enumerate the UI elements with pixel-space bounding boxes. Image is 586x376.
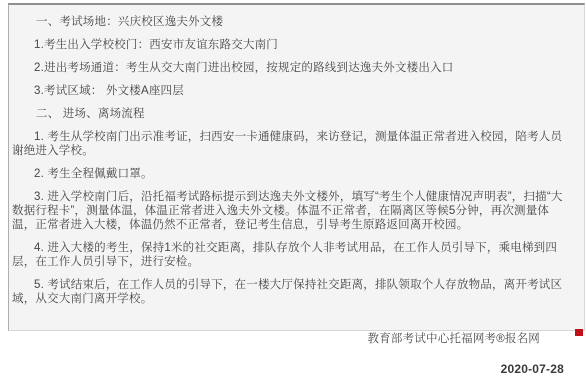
section2-item-3: 3. 进入学校南门后，沿托福考试路标提示到达逸夫外文楼外，填写“考生个人健康情况…: [12, 190, 572, 232]
section1-item-2: 2.进出考场通道：考生从交大南门进出校园，按规定的路线到达逸夫外文楼出入口: [12, 61, 572, 75]
section1-item-1: 1.考生出入学校校门：西安市友谊东路交大南门: [12, 38, 572, 52]
section1-item-3: 3.考试区域： 外文楼A座四层: [12, 84, 572, 98]
section2-item-2: 2. 考生全程佩戴口罩。: [12, 167, 572, 181]
section2-heading: 二、 进场、离场流程: [12, 107, 572, 121]
notice-document-panel: 一、考试场地：兴庆校区逸夫外文楼 1.考生出入学校校门：西安市友谊东路交大南门 …: [8, 3, 585, 331]
document-footer: 教育部考试中心托福网考®报名网 2020-07-28: [12, 332, 572, 341]
section1-heading: 一、考试场地：兴庆校区逸夫外文楼: [12, 15, 572, 29]
footer-source-text: 教育部考试中心托福网考®报名网: [12, 332, 572, 341]
section2-item-5: 5. 考试结束后，在工作人员的引导下，在一楼大厅保持社交距离，排队领取个人存放物…: [12, 278, 572, 306]
section2-item-1: 1. 考生从学校南门出示准考证，扫西安一卡通健康码，来访登记，测量体温正常者进入…: [12, 130, 572, 158]
section2-item-4: 4. 进入大楼的考生，保持1米的社交距离，排队存放个人非考试用品，在工作人员引导…: [12, 241, 572, 269]
red-corner-mark: [575, 329, 583, 336]
